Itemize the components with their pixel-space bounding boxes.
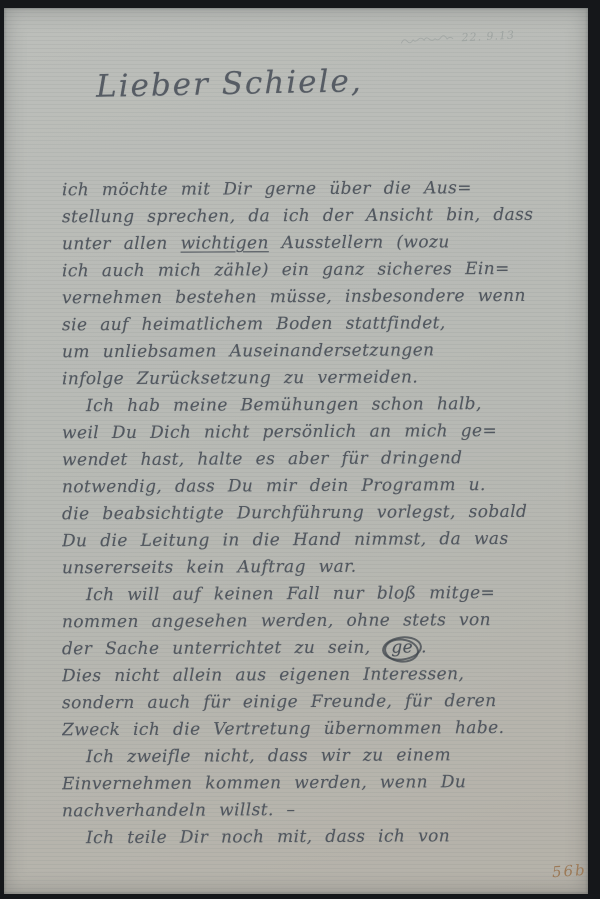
handwriting-line: notwendig, dass Du mir dein Programm u. — [62, 472, 554, 502]
handwriting-text: unter allen — [62, 234, 181, 255]
letter-page: 22. 9.13 Lieber Schiele, ich möchte mit … — [4, 8, 588, 894]
scribbled-out-word: ge — [383, 634, 421, 661]
handwriting-line: Ich zweifle nicht, dass wir zu einem — [62, 742, 554, 772]
handwriting-line: Zweck ich die Vertretung übernommen habe… — [62, 715, 554, 745]
handwriting-text: Ausstellern (wozu — [269, 232, 450, 253]
handwriting-line: vernehmen bestehen müsse, insbesondere w… — [62, 283, 554, 313]
handwriting-line: wendet hast, halte es aber für dringend — [62, 445, 554, 475]
handwriting-line: ich möchte mit Dir gerne über die Aus= — [62, 176, 554, 204]
handwriting-line: Dies nicht allein aus eigenen Interessen… — [62, 661, 554, 691]
pencil-date-annotation: 22. 9.13 — [399, 25, 574, 47]
handwriting-line: Ich will auf keinen Fall nur bloß mitge= — [62, 580, 554, 610]
handwriting-line: nachverhandeln willst. – — [62, 796, 554, 826]
handwriting-line: Einvernehmen kommen werden, wenn Du — [62, 769, 554, 799]
handwriting-line: nommen angesehen werden, ohne stets von — [62, 607, 554, 637]
handwriting-line: ich auch mich zähle) ein ganz sicheres E… — [62, 256, 554, 286]
letter-body: ich möchte mit Dir gerne über die Aus=st… — [62, 176, 554, 866]
handwriting-line: Du die Leitung in die Hand nimmst, da wa… — [62, 526, 554, 556]
handwriting-line: Ich teile Dir noch mit, dass ich von — [62, 823, 554, 853]
handwriting-line: weil Du Dich nicht persönlich an mich ge… — [62, 418, 554, 448]
archival-number: 56b — [551, 861, 587, 881]
handwriting-line: infolge Zurücksetzung zu vermeiden. — [62, 364, 554, 394]
illegible-pencil-word — [399, 32, 458, 48]
handwriting-line: die beabsichtigte Durchführung vorlegst,… — [62, 499, 554, 529]
underlined-word: wichtigen — [180, 233, 268, 253]
handwriting-line: unsererseits kein Auftrag war. — [62, 553, 554, 583]
salutation: Lieber Schiele, — [96, 63, 363, 105]
handwriting-line: um unliebsamen Auseinandersetzungen — [62, 337, 554, 367]
handwriting-line: sondern auch für einige Freunde, für der… — [62, 688, 554, 718]
handwriting-text: der Sache unterrichtet zu sein, — [62, 638, 383, 660]
handwriting-line: Ich hab meine Bemühungen schon halb, — [62, 391, 554, 421]
photo-backdrop: { "document": { "kind": "Handwritten let… — [0, 0, 600, 899]
handwriting-line: unter allen wichtigen Ausstellern (wozu — [62, 229, 554, 259]
handwriting-line: sie auf heimatlichem Boden stattfindet, — [62, 310, 554, 340]
pencil-date: 22. 9.13 — [461, 29, 515, 45]
handwriting-text: . — [421, 637, 427, 657]
handwriting-line: stellung sprechen, da ich der Ansicht bi… — [62, 202, 554, 232]
handwriting-line: der Sache unterrichtet zu sein, ge. — [62, 634, 554, 664]
